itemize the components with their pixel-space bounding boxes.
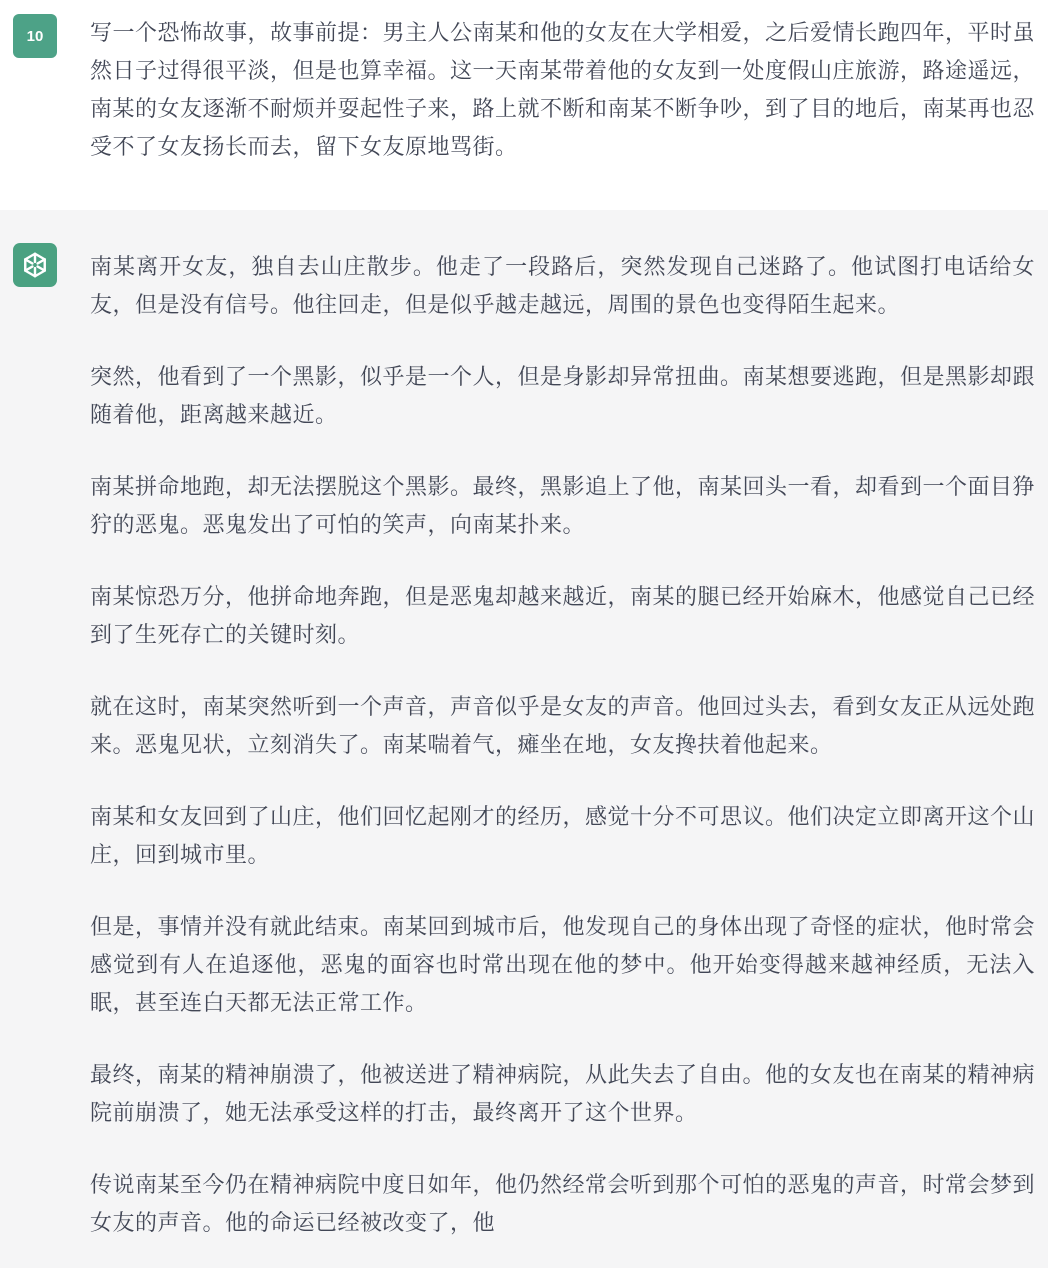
assistant-paragraph-4: 南某惊恐万分，他拼命地奔跑，但是恶鬼却越来越近，南某的腿已经开始麻木，他感觉自己… bbox=[90, 578, 1035, 654]
assistant-avatar bbox=[13, 243, 57, 287]
user-avatar-badge: 10 bbox=[13, 14, 57, 58]
assistant-message-text: 南某离开女友，独自去山庄散步。他走了一段路后，突然发现自己迷路了。他试图打电话给… bbox=[90, 243, 1048, 1242]
openai-logo-icon bbox=[20, 250, 50, 280]
assistant-paragraph-1: 南某离开女友，独自去山庄散步。他走了一段路后，突然发现自己迷路了。他试图打电话给… bbox=[90, 248, 1035, 324]
user-message-gutter: 10 bbox=[0, 14, 90, 58]
assistant-paragraph-3: 南某拼命地跑，却无法摆脱这个黑影。最终，黑影追上了他，南某回头一看，却看到一个面… bbox=[90, 468, 1035, 544]
chat-transcript: 10 写一个恐怖故事，故事前提：男主人公南某和他的女友在大学相爱，之后爱情长跑四… bbox=[0, 0, 1048, 1268]
user-message-text: 写一个恐怖故事，故事前提：男主人公南某和他的女友在大学相爱，之后爱情长跑四年，平… bbox=[90, 14, 1048, 166]
assistant-message: 南某离开女友，独自去山庄散步。他走了一段路后，突然发现自己迷路了。他试图打电话给… bbox=[0, 210, 1048, 1268]
user-prompt-paragraph: 写一个恐怖故事，故事前提：男主人公南某和他的女友在大学相爱，之后爱情长跑四年，平… bbox=[90, 14, 1035, 166]
assistant-paragraph-8: 最终，南某的精神崩溃了，他被送进了精神病院，从此失去了自由。他的女友也在南某的精… bbox=[90, 1056, 1035, 1132]
assistant-paragraph-6: 南某和女友回到了山庄，他们回忆起刚才的经历，感觉十分不可思议。他们决定立即离开这… bbox=[90, 798, 1035, 874]
assistant-paragraph-7: 但是，事情并没有就此结束。南某回到城市后，他发现自己的身体出现了奇怪的症状，他时… bbox=[90, 908, 1035, 1022]
assistant-paragraph-9: 传说南某至今仍在精神病院中度日如年，他仍然经常会听到那个可怕的恶鬼的声音，时常会… bbox=[90, 1166, 1035, 1242]
assistant-message-gutter bbox=[0, 243, 90, 287]
assistant-paragraph-5: 就在这时，南某突然听到一个声音，声音似乎是女友的声音。他回过头去，看到女友正从远… bbox=[90, 688, 1035, 764]
user-message: 10 写一个恐怖故事，故事前提：男主人公南某和他的女友在大学相爱，之后爱情长跑四… bbox=[0, 0, 1048, 210]
assistant-paragraph-2: 突然，他看到了一个黑影，似乎是一个人，但是身影却异常扭曲。南某想要逃跑，但是黑影… bbox=[90, 358, 1035, 434]
